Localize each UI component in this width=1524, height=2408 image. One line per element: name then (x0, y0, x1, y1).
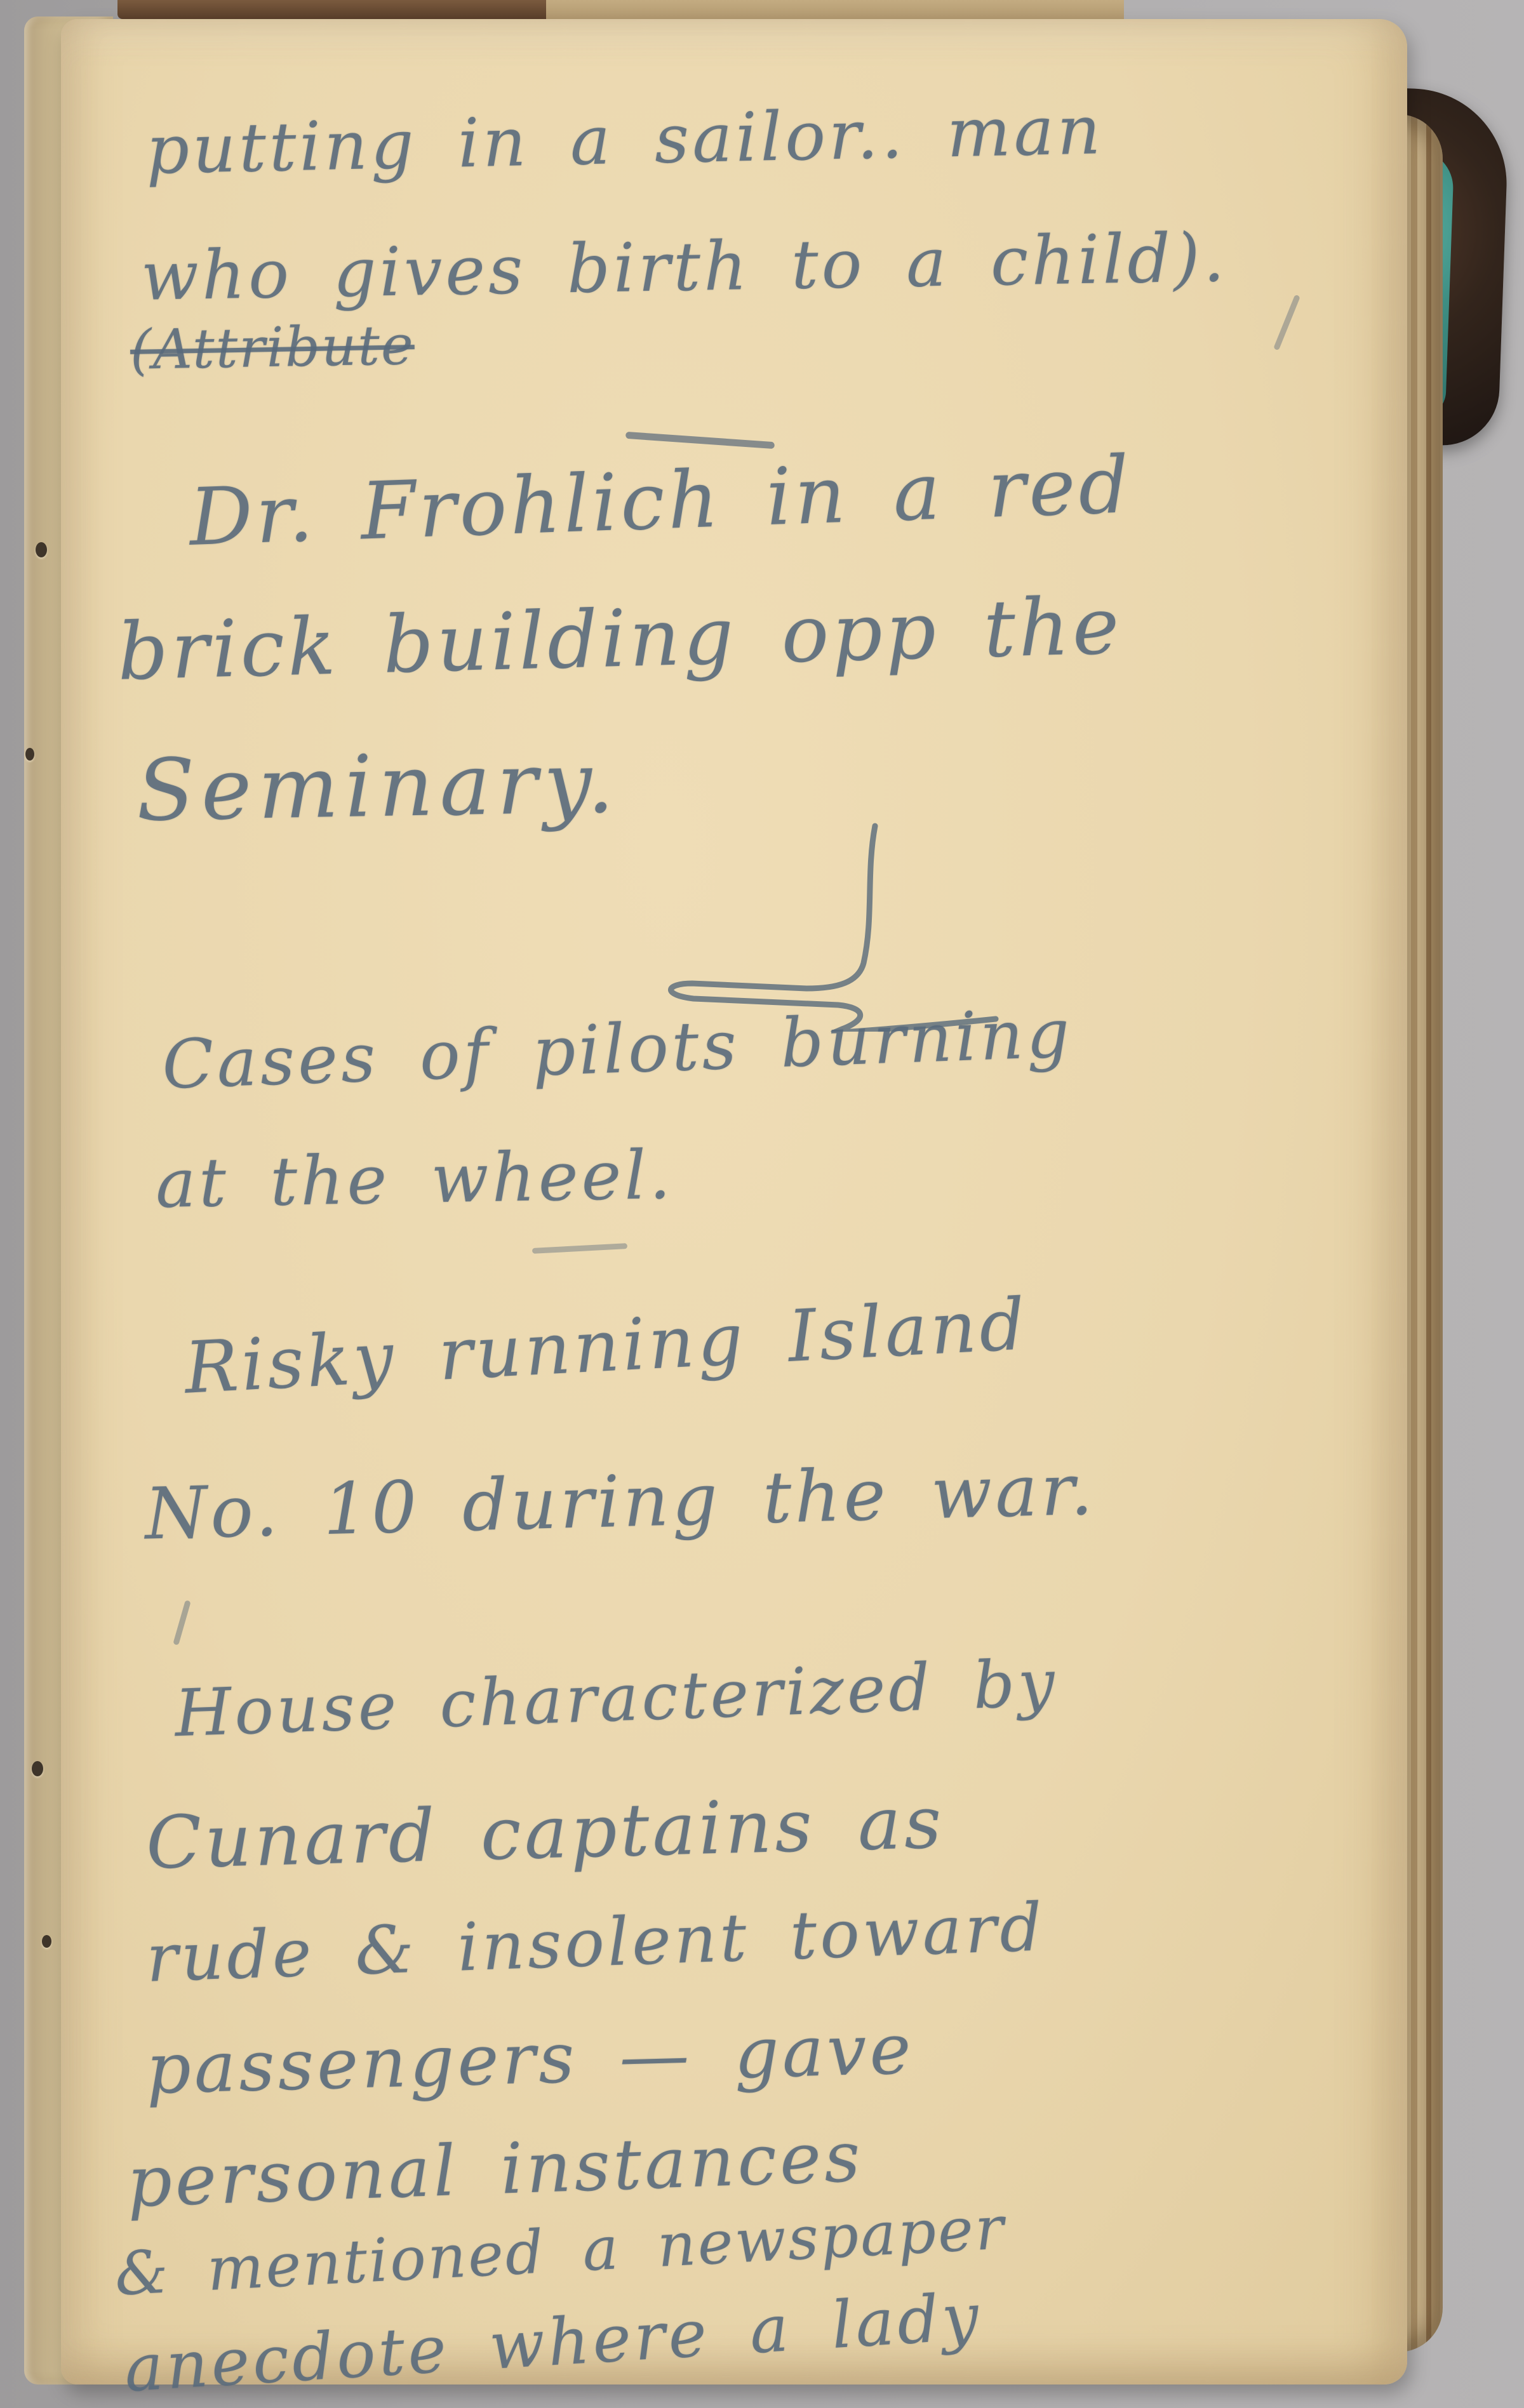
handwriting-line-struck: (Attribute (130, 318, 415, 378)
handwriting-line: Seminary. (136, 740, 621, 833)
stitching-hole (32, 1761, 43, 1776)
stitching-hole (25, 748, 34, 761)
handwriting-line: passengers — gave (145, 2014, 915, 2104)
stitching-hole (36, 542, 47, 557)
scanned-notebook-photo: putting in a sailor.. man who gives birt… (0, 0, 1524, 2408)
handwriting-line: who gives birth to a child). (140, 224, 1228, 310)
stitching-hole (42, 1935, 51, 1948)
handwriting-line: putting in a sailor.. man (145, 96, 1104, 184)
handwriting-line: at the wheel. (155, 1141, 674, 1218)
cover-top-edge (117, 0, 562, 19)
handwriting-line: Cunard captains as (145, 1786, 946, 1880)
